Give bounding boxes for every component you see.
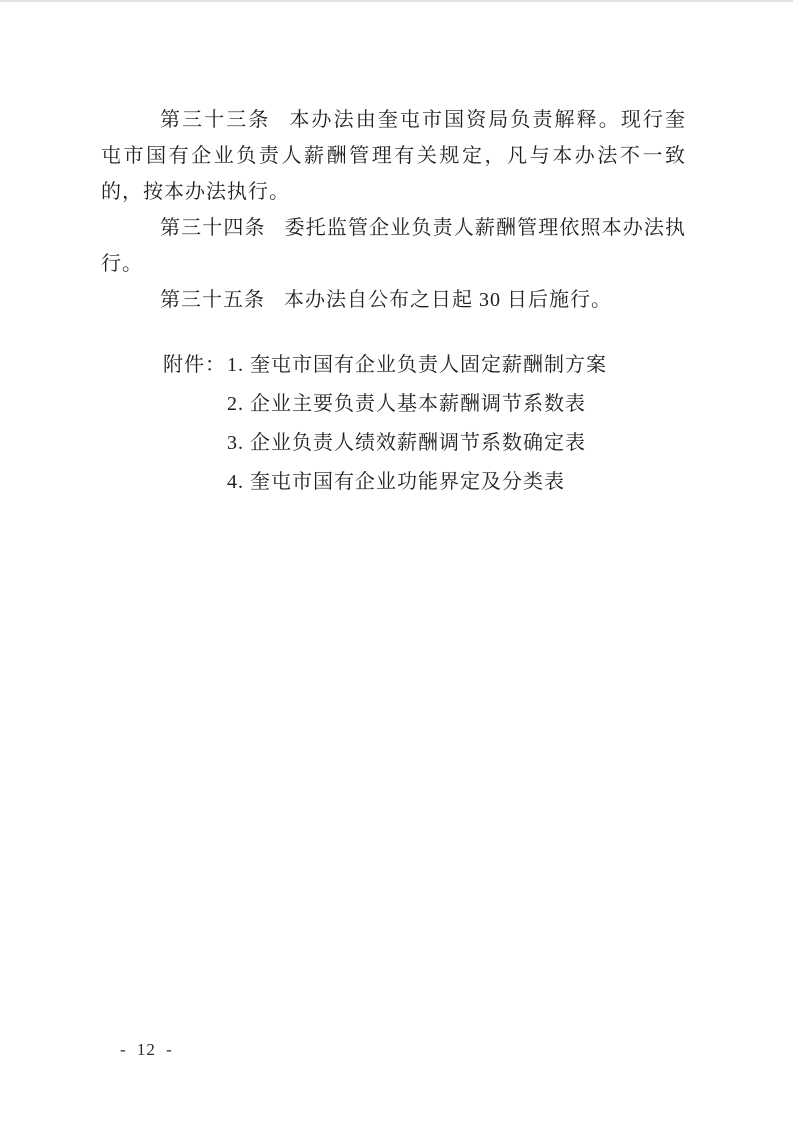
attachment-row: 附件：1. 奎屯市国有企业负责人固定薪酬制方案 bbox=[163, 346, 686, 385]
attachments-label-spacer bbox=[163, 424, 227, 463]
attachments-label: 附件： bbox=[163, 346, 227, 385]
line-text: 屯市国有企业负责人薪酬管理有关规定，凡与本办法不一致 bbox=[101, 145, 686, 167]
attachments-list: 附件：1. 奎屯市国有企业负责人固定薪酬制方案 2. 企业主要负责人基本薪酬调节… bbox=[163, 346, 686, 502]
attachments-label-spacer bbox=[163, 385, 227, 424]
document-body: 第三十三条本办法由奎屯市国资局负责解释。现行奎 屯市国有企业负责人薪酬管理有关规… bbox=[101, 102, 686, 502]
attachment-item: 3. 企业负责人绩效薪酬调节系数确定表 bbox=[227, 424, 586, 463]
article-number: 第三十四条 bbox=[160, 217, 266, 239]
attachment-item: 1. 奎屯市国有企业负责人固定薪酬制方案 bbox=[227, 346, 607, 385]
paragraph-line: 第三十五条本办法自公布之日起 30 日后施行。 bbox=[101, 282, 686, 318]
attachment-row: 3. 企业负责人绩效薪酬调节系数确定表 bbox=[163, 424, 686, 463]
paragraph-line: 的，按本办法执行。 bbox=[101, 174, 686, 210]
attachments-label-spacer bbox=[163, 463, 227, 502]
line-text: 本办法自公布之日起 30 日后施行。 bbox=[284, 289, 612, 311]
line-text: 本办法由奎屯市国资局负责解释。现行奎 bbox=[289, 109, 686, 131]
line-text: 行。 bbox=[101, 253, 143, 275]
attachment-item: 4. 奎屯市国有企业功能界定及分类表 bbox=[227, 463, 565, 502]
attachment-row: 4. 奎屯市国有企业功能界定及分类表 bbox=[163, 463, 686, 502]
document-page: 第三十三条本办法由奎屯市国资局负责解释。现行奎 屯市国有企业负责人薪酬管理有关规… bbox=[0, 0, 793, 1122]
paragraph-line: 第三十三条本办法由奎屯市国资局负责解释。现行奎 bbox=[101, 102, 686, 138]
page-number: - 12 - bbox=[120, 1040, 173, 1060]
article-number: 第三十五条 bbox=[160, 289, 265, 311]
attachment-row: 2. 企业主要负责人基本薪酬调节系数表 bbox=[163, 385, 686, 424]
line-text: 的，按本办法执行。 bbox=[101, 181, 290, 203]
scan-edge-artifact bbox=[0, 0, 793, 2]
paragraph-line: 屯市国有企业负责人薪酬管理有关规定，凡与本办法不一致 bbox=[101, 138, 686, 174]
paragraph-line: 行。 bbox=[101, 246, 686, 282]
attachment-item: 2. 企业主要负责人基本薪酬调节系数表 bbox=[227, 385, 586, 424]
paragraph-line: 第三十四条委托监管企业负责人薪酬管理依照本办法执 bbox=[101, 210, 686, 246]
line-text: 委托监管企业负责人薪酬管理依照本办法执 bbox=[285, 217, 686, 239]
article-number: 第三十三条 bbox=[160, 109, 270, 131]
